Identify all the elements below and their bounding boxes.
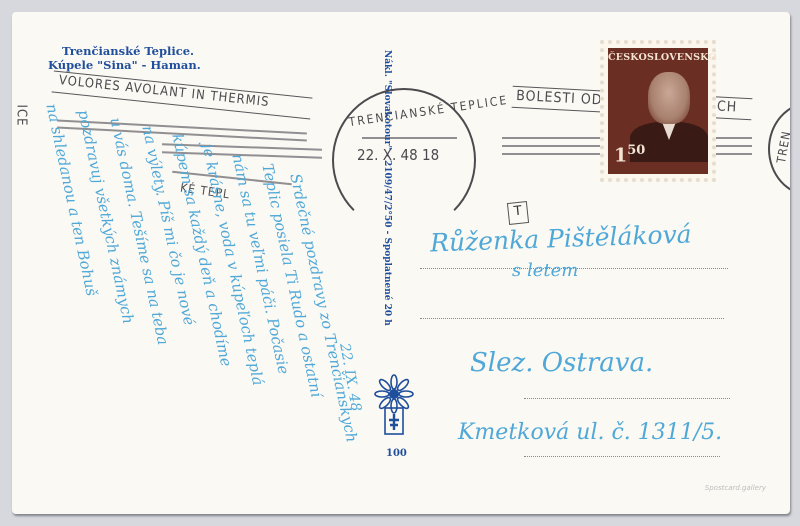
address-line	[420, 318, 724, 319]
address-city: Slez. Ostrava.	[470, 348, 653, 378]
stamp-value-fraction: 50	[627, 143, 645, 158]
postage-stamp: ČESKOSLOVENSKO 150	[600, 40, 716, 182]
postmark-bar	[362, 137, 457, 139]
stamp-country: ČESKOSLOVENSKO	[608, 52, 708, 63]
edelweiss-logo-icon	[374, 374, 414, 440]
watermark: Spostcard.gallery	[705, 484, 766, 492]
handwritten-message: Srdečné pozdravy zo Trenčianskych Teplic…	[12, 12, 372, 514]
stamp-value: 150	[614, 143, 645, 166]
portrait-head	[648, 72, 690, 124]
address-street: Kmetková ul. č. 1311/5.	[458, 420, 722, 445]
address-line	[524, 456, 720, 457]
address-line-2: s letem	[512, 260, 578, 281]
stamp-image: ČESKOSLOVENSKO 150	[608, 48, 708, 174]
vertical-imprint: Nákl. "Slovakotour" - 2109/47/2°50 - Spo…	[382, 50, 392, 326]
registration-letter: T	[513, 204, 522, 220]
registration-mark: T	[507, 201, 529, 225]
postcard-back: Trenčianské Teplice. Kúpele "Sina" - Ham…	[12, 12, 790, 514]
stamp-value-main: 1	[614, 144, 627, 166]
card-number: 100	[386, 448, 407, 459]
address-line	[524, 398, 730, 399]
address-recipient: Růženka Pištěláková	[430, 219, 692, 257]
